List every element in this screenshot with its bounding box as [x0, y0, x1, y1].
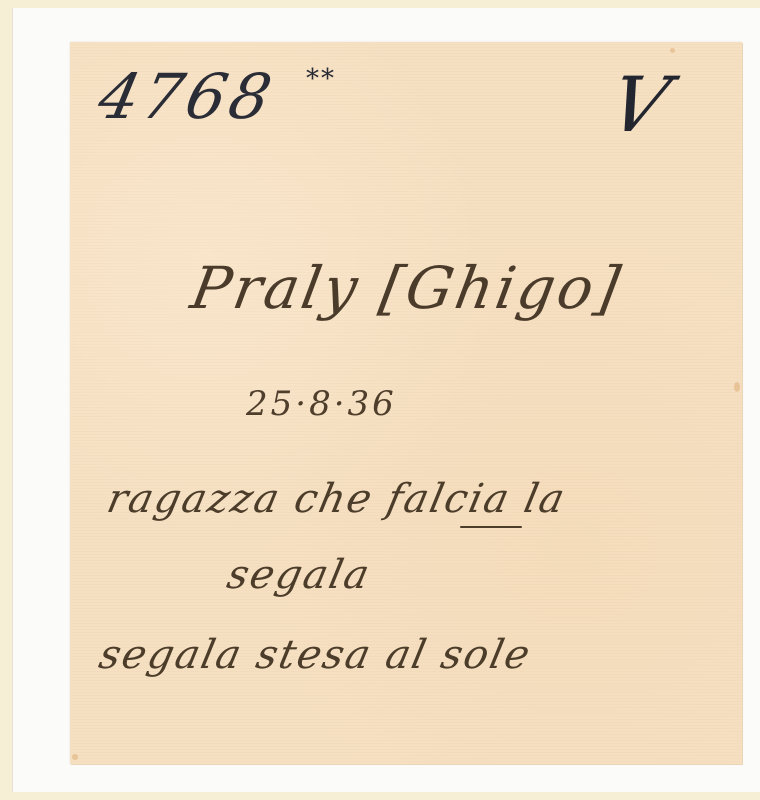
- archival-card: 4768 ** V Praly [Ghigo] 25·8·36 ragazza …: [70, 42, 742, 764]
- paper-stain: [72, 754, 78, 760]
- catalog-number: 4768: [92, 60, 281, 133]
- underline-mark: [460, 526, 522, 528]
- paper-stain: [670, 48, 675, 53]
- description-line-3: segala stesa al sole: [95, 632, 536, 678]
- description-line-2: segala: [223, 552, 375, 598]
- description-line-1: ragazza che falcia la: [103, 476, 570, 522]
- date: 25·8·36: [246, 384, 397, 424]
- paper-stain: [734, 382, 740, 392]
- series-letter: V: [601, 60, 679, 149]
- catalog-marks: **: [306, 64, 336, 94]
- place-name: Praly [Ghigo]: [186, 254, 628, 322]
